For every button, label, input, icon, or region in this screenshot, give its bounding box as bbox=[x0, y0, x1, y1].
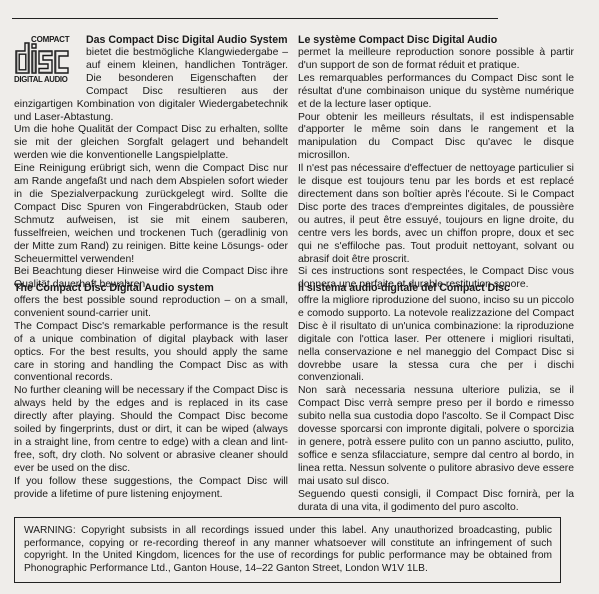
french-paragraph: permet la meilleure reproduction sonore … bbox=[298, 47, 574, 73]
copyright-warning-box: WARNING: Copyright subsists in all recor… bbox=[14, 517, 561, 583]
english-paragraph: No further cleaning will be necessary if… bbox=[14, 385, 288, 475]
german-paragraph: Eine Reinigung erübrigt sich, wenn die C… bbox=[14, 163, 288, 266]
french-paragraph: Il n'est pas nécessaire d'effectuer de n… bbox=[298, 163, 574, 266]
english-paragraph: offers the best possible sound reproduct… bbox=[14, 295, 288, 321]
french-paragraph: Les remarquables performances du Compact… bbox=[298, 73, 574, 112]
top-rule-divider bbox=[12, 18, 498, 19]
italian-paragraph: Seguendo questi consigli, il Compact Dis… bbox=[298, 489, 574, 515]
french-section: Le système Compact Disc Digital Audio pe… bbox=[298, 34, 574, 292]
french-paragraph: Pour obtenir les meilleurs résultats, il… bbox=[298, 112, 574, 164]
french-heading: Le système Compact Disc Digital Audio bbox=[298, 34, 574, 47]
italian-section: Il sistema audio-digitale del Compact Di… bbox=[298, 282, 574, 514]
english-heading: The Compact Disc Digital Audio system bbox=[14, 282, 288, 295]
italian-paragraph: offre la migliore riproduzione del suono… bbox=[298, 295, 574, 385]
english-paragraph: The Compact Disc's remarkable performanc… bbox=[14, 321, 288, 386]
english-paragraph: If you follow these suggestions, the Com… bbox=[14, 476, 288, 502]
italian-paragraph: Non sarà necessaria nessuna ulteriore pu… bbox=[298, 385, 574, 488]
compact-disc-logo: COMPACT DIGITAL AUDIO bbox=[14, 35, 78, 85]
logo-digital-audio-label: DIGITAL AUDIO bbox=[14, 75, 68, 84]
logo-compact-label: COMPACT bbox=[31, 35, 69, 44]
english-section: The Compact Disc Digital Audio system of… bbox=[14, 282, 288, 502]
copyright-warning-text: WARNING: Copyright subsists in all recor… bbox=[24, 525, 552, 574]
german-section: COMPACT DIGITAL AUDIO Das Compact Disc D… bbox=[14, 34, 288, 292]
german-paragraph: Um die hohe Qualität der Compact Disc zu… bbox=[14, 124, 288, 163]
italian-heading: Il sistema audio-digitale del Compact Di… bbox=[298, 282, 574, 295]
